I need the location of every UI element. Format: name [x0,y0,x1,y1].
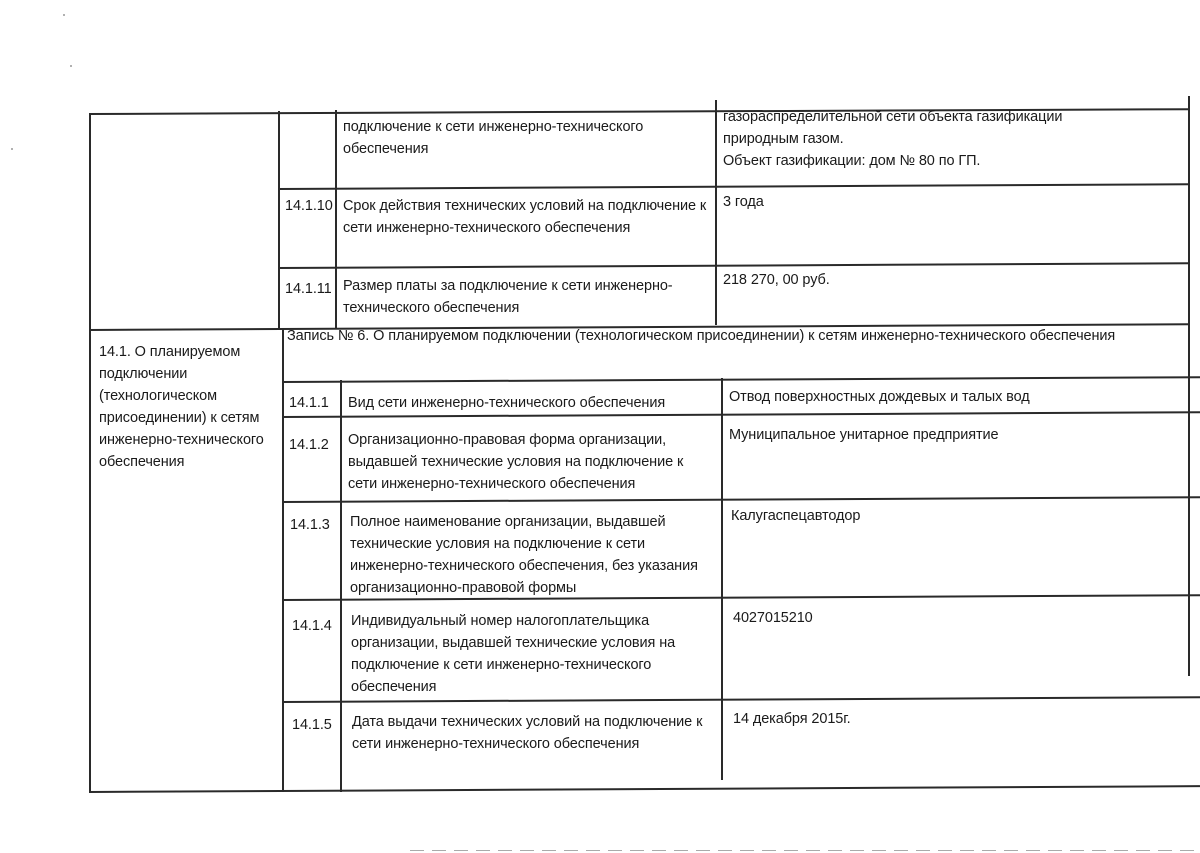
row-label: Организационно-правовая форма организаци… [341,426,721,495]
row-value: 4027015210 [726,604,1196,629]
value-line: Объект газификации: дом № 80 по ГП. [723,150,1180,172]
row-number: 14.1.5 [286,711,343,736]
scan-speck [11,148,13,150]
row-label: Полное наименование организации, выдавше… [343,508,723,599]
row-number: 14.1.10 [279,192,335,217]
row-value: Муниципальное унитарное предприятие [722,421,1192,446]
row-label: Дата выдачи технических условий на подкл… [345,708,725,755]
row-label: Индивидуальный номер налогоплательщика о… [344,607,724,698]
value-line: природным газом. [723,128,1180,150]
scan-edge-artifact [410,850,1200,851]
row-number: 14.1.11 [279,275,335,300]
continuation-row-text: подключение к сети инженерно-техническог… [336,113,714,160]
section-title: 14.1. О планируемом подключении (техноло… [91,338,279,473]
row-number: 14.1.4 [286,612,343,637]
row-label: Вид сети инженерно-технического обеспече… [341,389,721,414]
row-value: Отвод поверхностных дождевых и талых вод [722,383,1192,408]
value-line: газораспределительной сети объекта газиф… [723,106,1180,128]
row-label: Срок действия технических условий на под… [336,192,714,239]
row-value: Калугаспецавтодор [724,502,1194,527]
scan-speck [70,65,72,67]
row-value: 3 года [716,188,1186,213]
row-divider [282,376,1200,382]
record-header: Запись № 6. О планируемом подключении (т… [283,322,1188,347]
row-value: 14 декабря 2015г. [726,705,1196,730]
row-label: Размер платы за подключение к сети инжен… [336,272,714,319]
scan-speck [63,14,65,16]
continuation-row-value: газораспределительной сети объекта газиф… [716,103,1186,172]
row-number: 14.1.3 [284,511,341,536]
row-number: 14.1.2 [283,431,340,456]
table-border-bottom [89,785,1200,792]
row-number: 14.1.1 [283,389,340,414]
scanned-page: подключение к сети инженерно-техническог… [0,0,1200,853]
row-value: 218 270, 00 руб. [716,266,1186,291]
